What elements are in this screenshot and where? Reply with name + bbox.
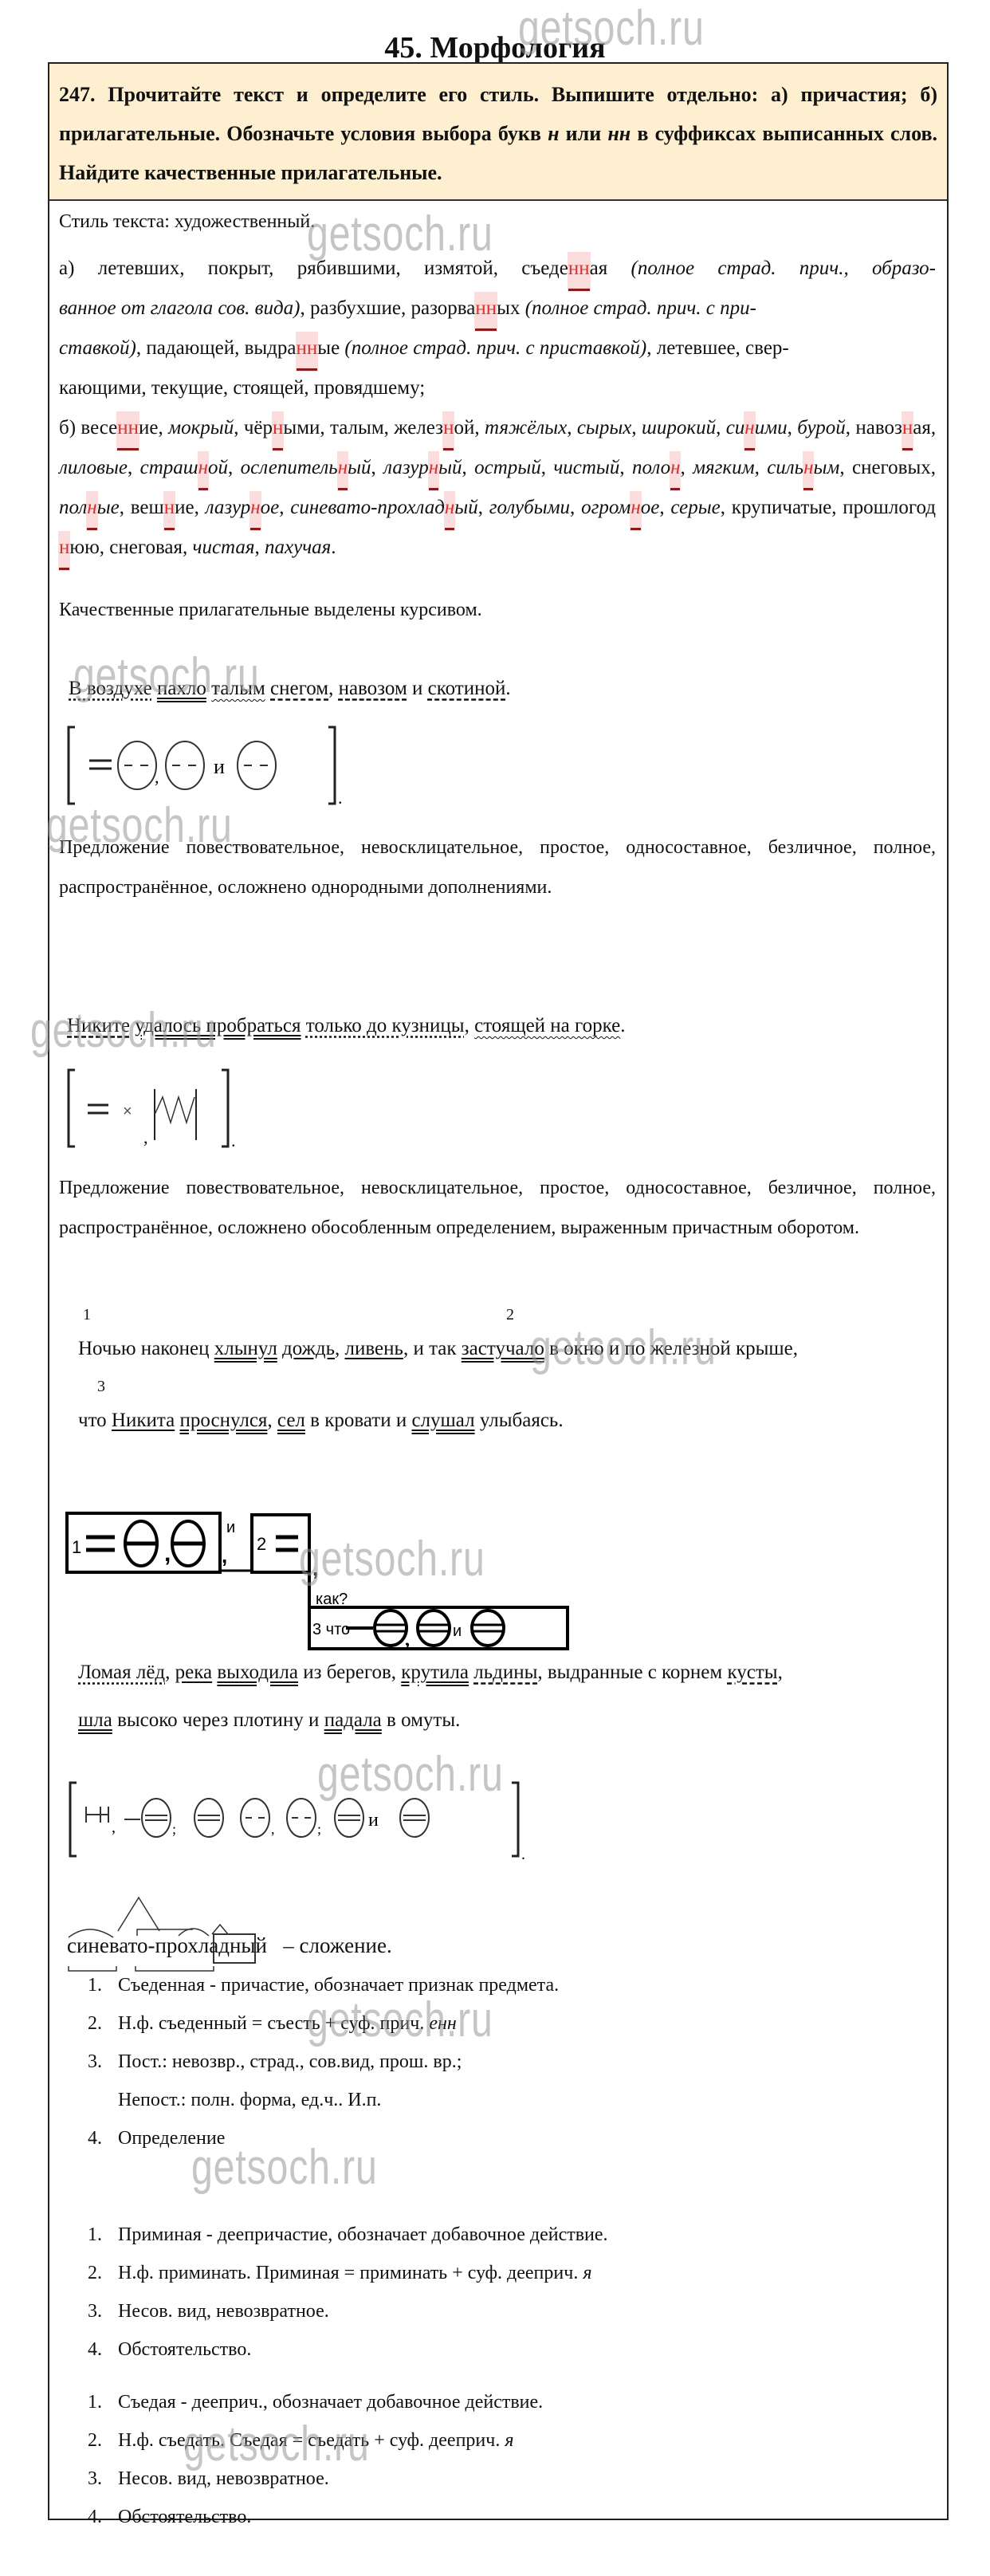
adjective-word: сырых bbox=[577, 417, 632, 439]
adjective-word: синими bbox=[726, 417, 788, 439]
task-statement: 247. Прочитайте текст и определите его с… bbox=[49, 64, 947, 201]
adjective-word: снеговая bbox=[109, 537, 183, 558]
highlighted-suffix: н bbox=[744, 408, 754, 448]
sentence-1-description: Предложение повествовательное, невосклиц… bbox=[59, 828, 936, 907]
highlighted-suffix: нн bbox=[475, 289, 497, 328]
adjective-word: голубыми bbox=[489, 497, 570, 518]
adjective-word: тяжёлых bbox=[485, 417, 567, 439]
adjective-word: лиловые bbox=[59, 457, 128, 478]
adjective-word: чистый bbox=[553, 457, 619, 478]
highlighted-suffix: нн bbox=[297, 328, 318, 368]
sentence-2-description: Предложение повествовательное, невосклиц… bbox=[59, 1168, 936, 1248]
svg-text:,: , bbox=[164, 1540, 171, 1567]
participles-list: а) летевших, покрыт, рябившими, измятой,… bbox=[59, 249, 936, 408]
highlighted-suffix: н bbox=[59, 528, 69, 568]
adjective-word: серые bbox=[670, 497, 720, 518]
sentence-4-line-1: Ломая лёд, река выходила из берегов, кру… bbox=[78, 1662, 783, 1684]
svg-text:×: × bbox=[123, 1103, 132, 1120]
analysis-item: 4.Определение bbox=[88, 2128, 225, 2149]
analysis-item: Непост.: полн. форма, ед.ч.. И.п. bbox=[88, 2090, 381, 2111]
adjective-word: сильным bbox=[767, 457, 839, 478]
adjective-word: снеговых bbox=[852, 457, 931, 478]
adjective-word: острый bbox=[474, 457, 541, 478]
analysis-item: 4.Обстоятельство. bbox=[88, 2507, 251, 2528]
adjective-word: талым bbox=[330, 417, 384, 439]
sentence-3-line-1: Ночью наконец хлынул дождь, ливень, и та… bbox=[78, 1338, 798, 1360]
svg-text:;: ; bbox=[317, 1821, 321, 1837]
svg-text:,: , bbox=[271, 1821, 275, 1837]
analysis-item: 2.Н.ф. приминать. Приминая = приминать +… bbox=[88, 2263, 591, 2284]
svg-text:и: и bbox=[368, 1810, 379, 1831]
highlighted-suffix: н bbox=[429, 448, 438, 488]
sentence-4-line-2: шла высоко через плотину и падала в омут… bbox=[78, 1709, 460, 1732]
sentence-1-scheme: , и . bbox=[65, 724, 352, 812]
highlighted-suffix: н bbox=[902, 408, 913, 448]
highlighted-suffix: н bbox=[803, 448, 813, 488]
svg-text:3 что: 3 что bbox=[312, 1621, 350, 1638]
adjective-word: синевато-прохладный bbox=[290, 497, 477, 518]
highlighted-suffix: н bbox=[631, 488, 640, 528]
svg-text:2: 2 bbox=[257, 1534, 266, 1554]
adjective-word: мягким bbox=[693, 457, 754, 478]
analysis-item: 4.Обстоятельство. bbox=[88, 2339, 251, 2361]
adjective-word: страшной bbox=[140, 457, 228, 478]
svg-text:и: и bbox=[453, 1622, 462, 1640]
exercise-container: 247. Прочитайте текст и определите его с… bbox=[48, 62, 949, 2520]
adjective-word: лазурный bbox=[383, 457, 462, 478]
word-analysis: синевато-прохладный – сложение. bbox=[67, 1933, 392, 1958]
svg-text:,: , bbox=[405, 1630, 410, 1650]
adjective-word: весенние bbox=[81, 417, 158, 439]
adjective-word: ослепительный bbox=[241, 457, 371, 478]
adjective-word: мокрый bbox=[168, 417, 234, 439]
analysis-item: 1.Съедая - дееприч., обозначает добавочн… bbox=[88, 2392, 543, 2413]
adjective-word: вешние bbox=[131, 497, 194, 518]
adjective-word: железной bbox=[394, 417, 474, 439]
adjective-word: полон bbox=[632, 457, 681, 478]
sentence-3-line-2: что Никита проснулся, сел в кровати и сл… bbox=[78, 1410, 564, 1432]
adjective-word: чёрными bbox=[244, 417, 320, 439]
adjective-word: полные bbox=[59, 497, 120, 518]
highlighted-suffix: н bbox=[443, 408, 454, 448]
adjectives-list: б) весенние, мокрый, чёрными, талым, жел… bbox=[59, 408, 936, 568]
highlighted-suffix: н bbox=[670, 448, 680, 488]
clause-marker: 2 bbox=[506, 1306, 514, 1324]
sentence-2: Никите удалось пробраться только до кузн… bbox=[67, 1015, 626, 1037]
adjective-word: лазурное bbox=[206, 497, 280, 518]
highlighted-suffix: н bbox=[273, 408, 283, 448]
analysis-item: 1.Приминая - деепричастие, обозначает до… bbox=[88, 2224, 608, 2246]
highlighted-suffix: н bbox=[198, 448, 208, 488]
qualitative-note: Качественные прилагательные выделены кур… bbox=[59, 600, 482, 621]
svg-text:,: , bbox=[143, 1127, 148, 1147]
analysis-item: 3.Несов. вид, невозвратное. bbox=[88, 2468, 329, 2490]
adjective-word: широкий bbox=[642, 417, 716, 439]
svg-text:как?: как? bbox=[316, 1591, 348, 1608]
page-title: 45. Морфология bbox=[0, 30, 990, 65]
highlighted-suffix: н bbox=[164, 488, 175, 528]
text-style: Стиль текста: художественный. bbox=[59, 210, 315, 234]
analysis-item: 3.Пост.: невозвр., страд., сов.вид, прош… bbox=[88, 2051, 462, 2073]
clause-marker: 1 bbox=[83, 1306, 91, 1324]
analysis-item: 2.Н.ф. съедать. Съедая = съедать + суф. … bbox=[88, 2430, 513, 2452]
clause-marker: 3 bbox=[97, 1378, 105, 1396]
highlighted-suffix: н bbox=[250, 488, 260, 528]
adjective-word: огромное bbox=[581, 497, 659, 518]
highlighted-suffix: нн bbox=[568, 249, 590, 289]
sentence-3-scheme: 1 , и , 2 , как? 3 что , и bbox=[65, 1508, 607, 1652]
adjective-word: крупичатые bbox=[732, 497, 831, 518]
sentence-4-scheme: , ; , ; и . bbox=[65, 1780, 560, 1867]
svg-text:,: , bbox=[112, 1819, 116, 1836]
svg-text:,: , bbox=[312, 1556, 318, 1580]
task-number: 247. bbox=[59, 83, 96, 106]
highlighted-suffix: н bbox=[338, 448, 348, 488]
analysis-item: 1.Съеденная - причастие, обозначает приз… bbox=[88, 1975, 559, 1996]
svg-text:;: ; bbox=[172, 1821, 176, 1837]
adjective-word: чистая bbox=[193, 537, 255, 558]
highlighted-suffix: н bbox=[87, 488, 96, 528]
svg-text:и: и bbox=[226, 1519, 235, 1536]
svg-text:.: . bbox=[231, 1131, 236, 1150]
formation-method: – сложение. bbox=[283, 1933, 391, 1957]
svg-text:и: и bbox=[214, 755, 225, 778]
sentence-1: В воздухе пахло талым снегом, навозом и … bbox=[69, 678, 511, 700]
highlighted-suffix: н bbox=[445, 488, 454, 528]
adjective-word: бурой bbox=[797, 417, 846, 439]
adjective-word: навозная bbox=[855, 417, 930, 439]
analysis-item: 3.Несов. вид, невозвратное. bbox=[88, 2301, 329, 2322]
analysis-item: 2.Н.ф. съеденный = съесть + суф. прич. е… bbox=[88, 2013, 457, 2035]
adjective-word: пахучая bbox=[265, 537, 331, 558]
svg-text:1: 1 bbox=[72, 1537, 81, 1557]
highlighted-suffix: нн bbox=[117, 408, 139, 448]
svg-text:,: , bbox=[222, 1544, 227, 1567]
sentence-2-scheme: × , . bbox=[65, 1067, 289, 1154]
svg-text:.: . bbox=[338, 788, 343, 808]
svg-text:.: . bbox=[521, 1846, 525, 1863]
analyzed-word: синевато-прохладный bbox=[67, 1933, 267, 1957]
svg-text:,: , bbox=[155, 767, 159, 787]
